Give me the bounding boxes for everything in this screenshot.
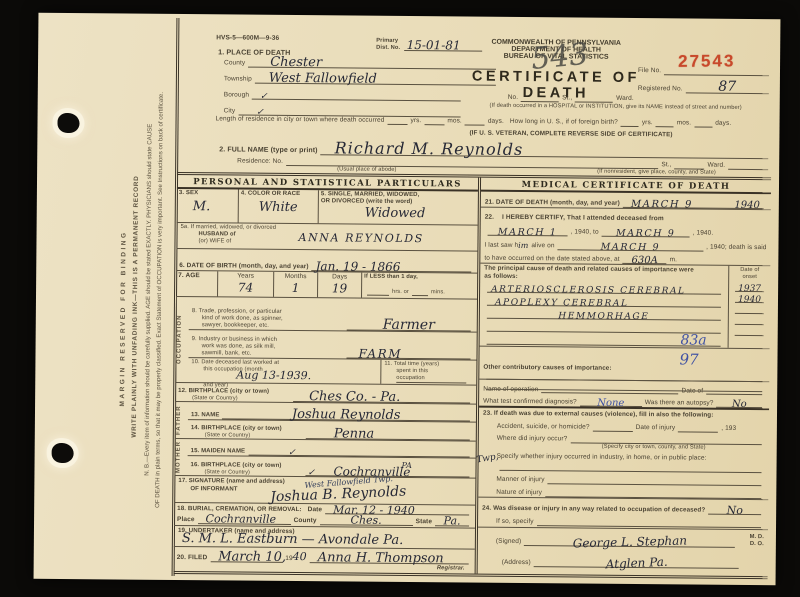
medical-certificate-section: MEDICAL CERTIFICATE OF DEATH 21. DATE OF… <box>478 178 771 577</box>
physician-signature: George L. Stephan <box>572 533 687 550</box>
injury-year-suffix: , 193 <box>721 425 736 433</box>
burial-row: 18. BURIAL, CREMATION, OR REMOVAL: Date … <box>174 503 475 529</box>
contributory-code-value: 97 <box>679 351 698 369</box>
form-number: HVS-5—600M—9-36 <box>216 34 279 42</box>
spouse-value: Anna Reynolds <box>298 231 423 245</box>
full-name-row: 2. FULL NAME (type or print) Richard M. … <box>219 138 771 159</box>
father-name-row: 13. NAME Joshua Reynolds <box>188 403 476 423</box>
father-name-value: Joshua Reynolds <box>292 407 401 423</box>
certify-number: 22. <box>485 214 494 222</box>
cause-1-value: Arteriosclerosis Cerebral <box>491 285 686 297</box>
state-country-note: (State or Country) <box>192 395 290 402</box>
form-body: PERSONAL AND STATISTICAL PARTICULARS 3. … <box>174 172 771 579</box>
father-side-label: FATHER <box>175 402 188 438</box>
certify-block: 22. I HEREBY CERTIFY, That I attended de… <box>480 208 770 267</box>
year-end-label: , 1940. <box>693 230 714 238</box>
registrar-label: Registrar. <box>437 565 465 572</box>
md-label: M. D. <box>750 534 764 541</box>
last-worked-total-row: 10. Date deceased last worked at this oc… <box>188 358 476 385</box>
hospital-note: (If death occurred in a HOSPITAL or INST… <box>458 102 774 112</box>
onset-2-value: 1940 <box>738 295 761 305</box>
attended-from-value: March 1 <box>498 227 558 239</box>
punch-hole <box>57 113 79 133</box>
father-group: FATHER 13. NAME Joshua Reynolds 14. BIRT… <box>175 402 476 442</box>
onset-1-value: 1937 <box>738 284 761 294</box>
last-saw-date-value: March 9 <box>601 242 661 254</box>
attended-to-value: March 9 <box>616 228 676 240</box>
residence-length-row: Length of residence in city or town wher… <box>216 114 774 128</box>
checkmark-icon: ✓ <box>288 448 296 458</box>
residence-length-label: Length of residence in city or town wher… <box>216 116 385 125</box>
dist-no-label: Dist. No. <box>376 45 400 51</box>
less-than-day-label: If LESS than 1 day, <box>364 273 475 281</box>
contributory-block: Other contributory causes of importance:… <box>479 347 769 383</box>
last-worked-value: Aug 13-1939. <box>236 368 311 382</box>
residence-row: Residence: No. St., Ward. <box>237 157 771 171</box>
cause-3-value: Hemmorhage <box>558 311 649 322</box>
sex-race-marital-row: 3. SEX M. 4. COLOR OR RACE White 5. SING… <box>177 189 478 226</box>
yrs-label: yrs. <box>410 117 421 125</box>
year-to-label: , 1940, to <box>571 229 599 237</box>
sex-label: 3. SEX <box>179 190 236 198</box>
trade-row: 8. Trade, profession, or particular kind… <box>189 297 477 333</box>
alive-on-label: alive on <box>531 242 554 250</box>
nature-injury-label: Nature of injury <box>496 489 542 497</box>
borough-row: Borough ✓ <box>224 90 464 101</box>
filed-year-value: 40 <box>293 550 307 563</box>
dob-label: 6. DATE OF BIRTH (month, day, and year) <box>179 262 308 271</box>
file-no-label: File No. <box>638 67 661 75</box>
accident-label: Accident, suicide, or homicide? <box>497 423 590 432</box>
last-saw-label: I last saw h <box>484 242 518 250</box>
registrar-signature: Anna H. Thompson <box>318 550 444 566</box>
where-injury-label: Where did injury occur? <box>497 435 568 443</box>
filed-row: 20. FILED March 10, 1940 Anna H. Thompso… <box>174 547 475 574</box>
occupation-related-block: 24. Was disease or injury in any way rel… <box>478 497 768 530</box>
father-birthplace-value: Penna <box>334 427 374 442</box>
residence-label: Residence: No. <box>237 158 283 166</box>
industry-row: 9. Industry or business in which work wa… <box>188 331 476 361</box>
injury-date-label: Date of injury <box>636 424 676 432</box>
date-of-death-label: 21. DATE OF DEATH (month, day, and year) <box>485 199 620 208</box>
address-label: (Address) <box>502 559 531 567</box>
external-causes-block: 23. If death was due to external causes … <box>478 407 769 500</box>
occupation-side-label: OCCUPATION <box>175 297 189 382</box>
filed-year-prefix: 19 <box>285 555 293 563</box>
if-so-label: If so, specify <box>496 518 534 526</box>
autopsy-value: No <box>732 398 747 409</box>
days-label: days. <box>488 118 504 126</box>
veteran-note: (IF U. S. VETERAN, COMPLETE REVERSE SIDE… <box>469 130 672 139</box>
occupation-group: OCCUPATION 8. Trade, profession, or part… <box>175 297 477 386</box>
trade-label3: sawyer, bookkeeper, etc. <box>202 323 344 331</box>
manner-injury-label: Manner of injury <box>496 476 544 484</box>
margin-nb-note-2: OF DEATH in plain terms, so that it may … <box>154 26 166 574</box>
marital-value: Widowed <box>365 206 476 222</box>
township-value: West Fallowfield <box>269 71 377 87</box>
pencil-number: 543 <box>530 37 590 77</box>
mother-birthplace-state: PA <box>402 461 413 470</box>
borough-label: Borough <box>224 92 249 100</box>
yrs-label: yrs. <box>642 119 653 127</box>
birthplace-row: 12. BIRTHPLACE (city or town) (State or … <box>175 383 476 405</box>
principal-cause-block: The principal cause of death and related… <box>480 264 771 350</box>
race-value: White <box>259 200 316 215</box>
undertaker-row: 19. UNDERTAKER (name and address) S. M. … <box>174 526 475 549</box>
full-name-label: 2. FULL NAME (type or print) <box>219 146 317 155</box>
mother-group: MOTHER 15. MAIDEN NAME ✓ 16. BIRTHPLACE … <box>174 439 475 479</box>
county-value: Chester <box>270 55 322 70</box>
age-label: 7. AGE <box>178 272 215 280</box>
st-label: St., <box>661 161 671 169</box>
maiden-name-row: 15. MAIDEN NAME ✓ <box>188 440 476 459</box>
sex-value: M. <box>193 199 236 214</box>
burial-place-value: Cochranville <box>206 512 277 526</box>
burial-state-label: State <box>416 518 432 526</box>
burial-place-label: Place <box>177 516 195 524</box>
margin-write-plainly-note: WRITE PLAINLY WITH UNFADING INK—THIS IS … <box>130 72 141 542</box>
signed-label: (Signed) <box>496 538 521 546</box>
ward-label: Ward. <box>708 162 726 170</box>
death-certificate-document: MARGIN RESERVED FOR BINDING WRITE PLAINL… <box>34 13 781 585</box>
registered-number-row: Registered No. 87 <box>638 84 772 94</box>
occupation-related-value: No <box>727 503 743 516</box>
days-label: days. <box>715 120 731 128</box>
mins-label: mins. <box>431 289 445 296</box>
how-long-us-label: How long in U. S., if of foreign birth? <box>510 118 618 127</box>
age-row: 7. AGE Years 74 Months 1 Days 19 If LESS… <box>176 271 477 300</box>
age-months-value: 1 <box>276 280 315 294</box>
race-label: 4. COLOR OR RACE <box>241 191 316 199</box>
header-no-st-ward-row: No. St., Ward. <box>508 93 634 103</box>
registered-no-value: 87 <box>718 79 736 95</box>
filed-date-value: March 10, <box>218 549 286 565</box>
county-label: County <box>224 60 245 68</box>
file-number-row: File No. <box>638 66 772 76</box>
do-label: D. O. <box>749 541 763 548</box>
burial-county-label: County <box>294 517 317 525</box>
certify-text: I HEREBY CERTIFY, That I attended deceas… <box>502 214 664 223</box>
total-time-label3: occupation <box>396 375 466 383</box>
signed-row: (Signed) George L. Stephan M. D. D. O. <box>478 527 768 555</box>
primary-label: Primary <box>376 38 398 44</box>
autopsy-label: Was there an autopsy? <box>645 399 714 407</box>
father-name-label: 13. NAME <box>191 412 220 419</box>
spouse-row: 5a. If married, widowed, or divorced HUS… <box>176 223 477 252</box>
no-label: No. <box>508 94 518 102</box>
mother-side-label: MOTHER <box>174 439 187 475</box>
him-value: im <box>518 241 528 250</box>
burial-county-value: Ches. <box>350 513 381 526</box>
state-country-note: (State or Country) <box>204 469 302 476</box>
mos-label: mos. <box>447 118 462 126</box>
spouse-label3: (or) WIFE of <box>198 238 294 246</box>
undertaker-value: S. M. L. Eastburn — Avondale Pa. <box>182 531 403 548</box>
hrs-label: hrs. or <box>392 289 409 296</box>
dob-row: 6. DATE OF BIRTH (month, day, and year) … <box>176 249 477 273</box>
ward-label: Ward. <box>616 95 634 103</box>
test-label: What test confirmed diagnosis? <box>483 397 577 406</box>
cause-code-value: 83a <box>680 333 706 349</box>
father-birthplace-row: 14. BIRTHPLACE (city or town) (State or … <box>188 420 476 441</box>
st-label: St., <box>562 95 572 103</box>
physician-address: Atglen Pa. <box>605 555 668 572</box>
state-country-note: (State or Country) <box>205 432 303 439</box>
address-row: (Address) Atglen Pa. <box>478 553 768 576</box>
industry-label3: sawmill, bank, etc. <box>201 350 343 358</box>
full-name-value: Richard M. Reynolds <box>335 138 524 159</box>
township-label: Township <box>224 76 252 84</box>
punch-hole <box>52 443 74 463</box>
mos-label: mos. <box>677 120 692 128</box>
informant-row: 17. SIGNATURE (name and address) OF INFO… <box>174 476 475 505</box>
test-value: None <box>597 397 624 408</box>
checkmark-icon: ✓ <box>260 92 268 102</box>
filed-label: 20. FILED <box>177 554 208 562</box>
age-days-value: 19 <box>320 281 359 295</box>
margin-nb-note-1: N. B.—Every item of information should b… <box>143 26 155 574</box>
trade-value: Farmer <box>383 317 435 333</box>
death-said-label: , 1940; death is said <box>706 244 766 252</box>
burial-date-label: Date <box>308 506 323 514</box>
maiden-name-label: 15. MAIDEN NAME <box>191 448 246 456</box>
occurred-m-label: m. <box>670 257 677 265</box>
margin-binding-note: MARGIN RESERVED FOR BINDING <box>118 164 128 474</box>
age-years-value: 74 <box>220 280 271 294</box>
mother-birthplace-row: 16. BIRTHPLACE (city or town) (State or … <box>187 456 475 478</box>
burial-state-value: Pa. <box>444 514 461 527</box>
personal-particulars-section: PERSONAL AND STATISTICAL PARTICULARS 3. … <box>174 175 481 574</box>
registered-no-label: Registered No. <box>638 85 683 93</box>
occurred-label: to have occurred on the date stated abov… <box>484 255 619 264</box>
cause-2-value: Apoplexy Cerebral <box>495 298 629 309</box>
